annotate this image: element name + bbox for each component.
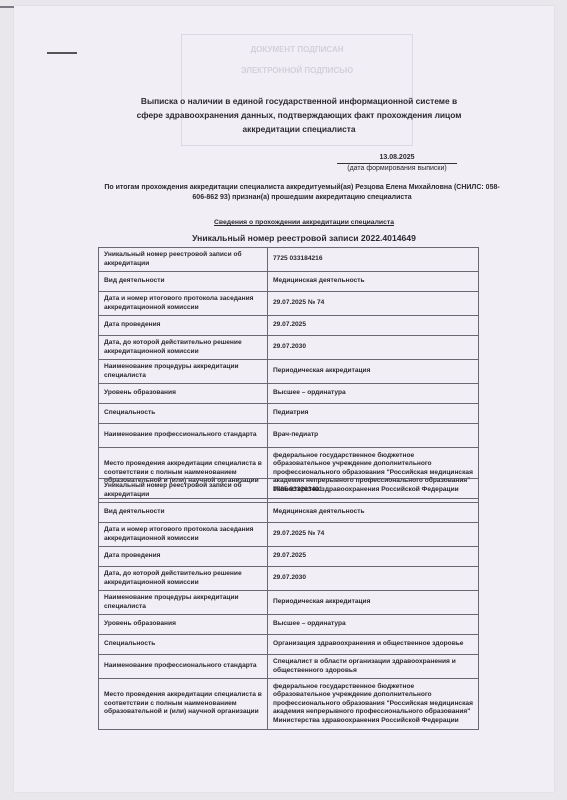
row-value: Врач-педиатр [268, 424, 479, 448]
row-label: Наименование профессионального стандарта [99, 655, 268, 679]
table-row: Наименование профессионального стандарта… [99, 655, 479, 679]
row-value: 29.07.2025 № 74 [268, 292, 479, 316]
document-page: ДОКУМЕНТ ПОДПИСАН ЭЛЕКТРОННОЙ ПОДПИСЬЮ В… [14, 6, 554, 792]
row-value: Высшее – ординатура [268, 384, 479, 404]
row-label: Специальность [99, 404, 268, 424]
row-label: Вид деятельности [99, 503, 268, 523]
row-label: Наименование процедуры аккредитации спец… [99, 360, 268, 384]
row-label: Дата, до которой действительно решение а… [99, 336, 268, 360]
dash-mark [47, 52, 77, 54]
row-value: Специалист в области организации здравоо… [268, 655, 479, 679]
row-label: Дата и номер итогового протокола заседан… [99, 523, 268, 547]
table-row: СпециальностьОрганизация здравоохранения… [99, 635, 479, 655]
table-row: Дата, до которой действительно решение а… [99, 336, 479, 360]
row-value: Медицинская деятельность [268, 272, 479, 292]
row-label: Дата, до которой действительно решение а… [99, 567, 268, 591]
table-row: Дата и номер итогового протокола заседан… [99, 292, 479, 316]
row-label: Наименование процедуры аккредитации спец… [99, 591, 268, 615]
row-label: Дата и номер итогового протокола заседан… [99, 292, 268, 316]
table-row: Наименование процедуры аккредитации спец… [99, 591, 479, 615]
row-label: Дата проведения [99, 547, 268, 567]
table-row: СпециальностьПедиатрия [99, 404, 479, 424]
row-value: 7725 033203401 [268, 479, 479, 503]
accreditation-summary: По итогам прохождения аккредитации специ… [102, 183, 502, 203]
table-row: Уникальный номер реестровой записи об ак… [99, 479, 479, 503]
table-row: Дата проведения29.07.2025 [99, 316, 479, 336]
row-value: 29.07.2030 [268, 336, 479, 360]
row-label: Уровень образования [99, 384, 268, 404]
table-row: Наименование процедуры аккредитации спец… [99, 360, 479, 384]
issue-date: 13.08.2025 [337, 154, 457, 164]
row-value: Педиатрия [268, 404, 479, 424]
issue-date-caption: (дата формирования выписки) [337, 164, 457, 172]
table-row: Уровень образованияВысшее – ординатура [99, 384, 479, 404]
table-row: Вид деятельностиМедицинская деятельность [99, 272, 479, 292]
row-value: Периодическая аккредитация [268, 591, 479, 615]
row-label: Вид деятельности [99, 272, 268, 292]
row-label: Уникальный номер реестровой записи об ак… [99, 248, 268, 272]
row-value: 29.07.2030 [268, 567, 479, 591]
row-value: Организация здравоохранения и общественн… [268, 635, 479, 655]
stamp-line-2: ЭЛЕКТРОННОЙ ПОДПИСЬЮ [182, 66, 412, 75]
row-value: 29.07.2025 [268, 316, 479, 336]
row-label: Специальность [99, 635, 268, 655]
row-value: 29.07.2025 № 74 [268, 523, 479, 547]
table-row: Уровень образованияВысшее – ординатура [99, 615, 479, 635]
accreditation-record-table-1: Уникальный номер реестровой записи об ак… [98, 247, 479, 499]
document-title: Выписка о наличии в единой государственн… [134, 94, 464, 136]
row-value: федеральное государственное бюджетное об… [268, 679, 479, 730]
table-row: Вид деятельностиМедицинская деятельность [99, 503, 479, 523]
table-row: Наименование профессионального стандарта… [99, 424, 479, 448]
row-value: Высшее – ординатура [268, 615, 479, 635]
registry-number: Уникальный номер реестровой записи 2022.… [104, 233, 504, 243]
row-label: Место проведения аккредитации специалист… [99, 679, 268, 730]
row-label: Уровень образования [99, 615, 268, 635]
table-row: Уникальный номер реестровой записи об ак… [99, 248, 479, 272]
issue-date-block: 13.08.2025 (дата формирования выписки) [337, 154, 457, 172]
row-value: 29.07.2025 [268, 547, 479, 567]
table-row: Место проведения аккредитации специалист… [99, 679, 479, 730]
section-title: Сведения о прохождении аккредитации спец… [104, 219, 504, 226]
table-row: Дата и номер итогового протокола заседан… [99, 523, 479, 547]
row-value: Периодическая аккредитация [268, 360, 479, 384]
row-value: 7725 033184216 [268, 248, 479, 272]
table-row: Дата проведения29.07.2025 [99, 547, 479, 567]
accreditation-record-table-2: Уникальный номер реестровой записи об ак… [98, 478, 479, 730]
row-label: Наименование профессионального стандарта [99, 424, 268, 448]
row-label: Уникальный номер реестровой записи об ак… [99, 479, 268, 503]
stamp-line-1: ДОКУМЕНТ ПОДПИСАН [182, 45, 412, 54]
row-label: Дата проведения [99, 316, 268, 336]
table-row: Дата, до которой действительно решение а… [99, 567, 479, 591]
row-value: Медицинская деятельность [268, 503, 479, 523]
